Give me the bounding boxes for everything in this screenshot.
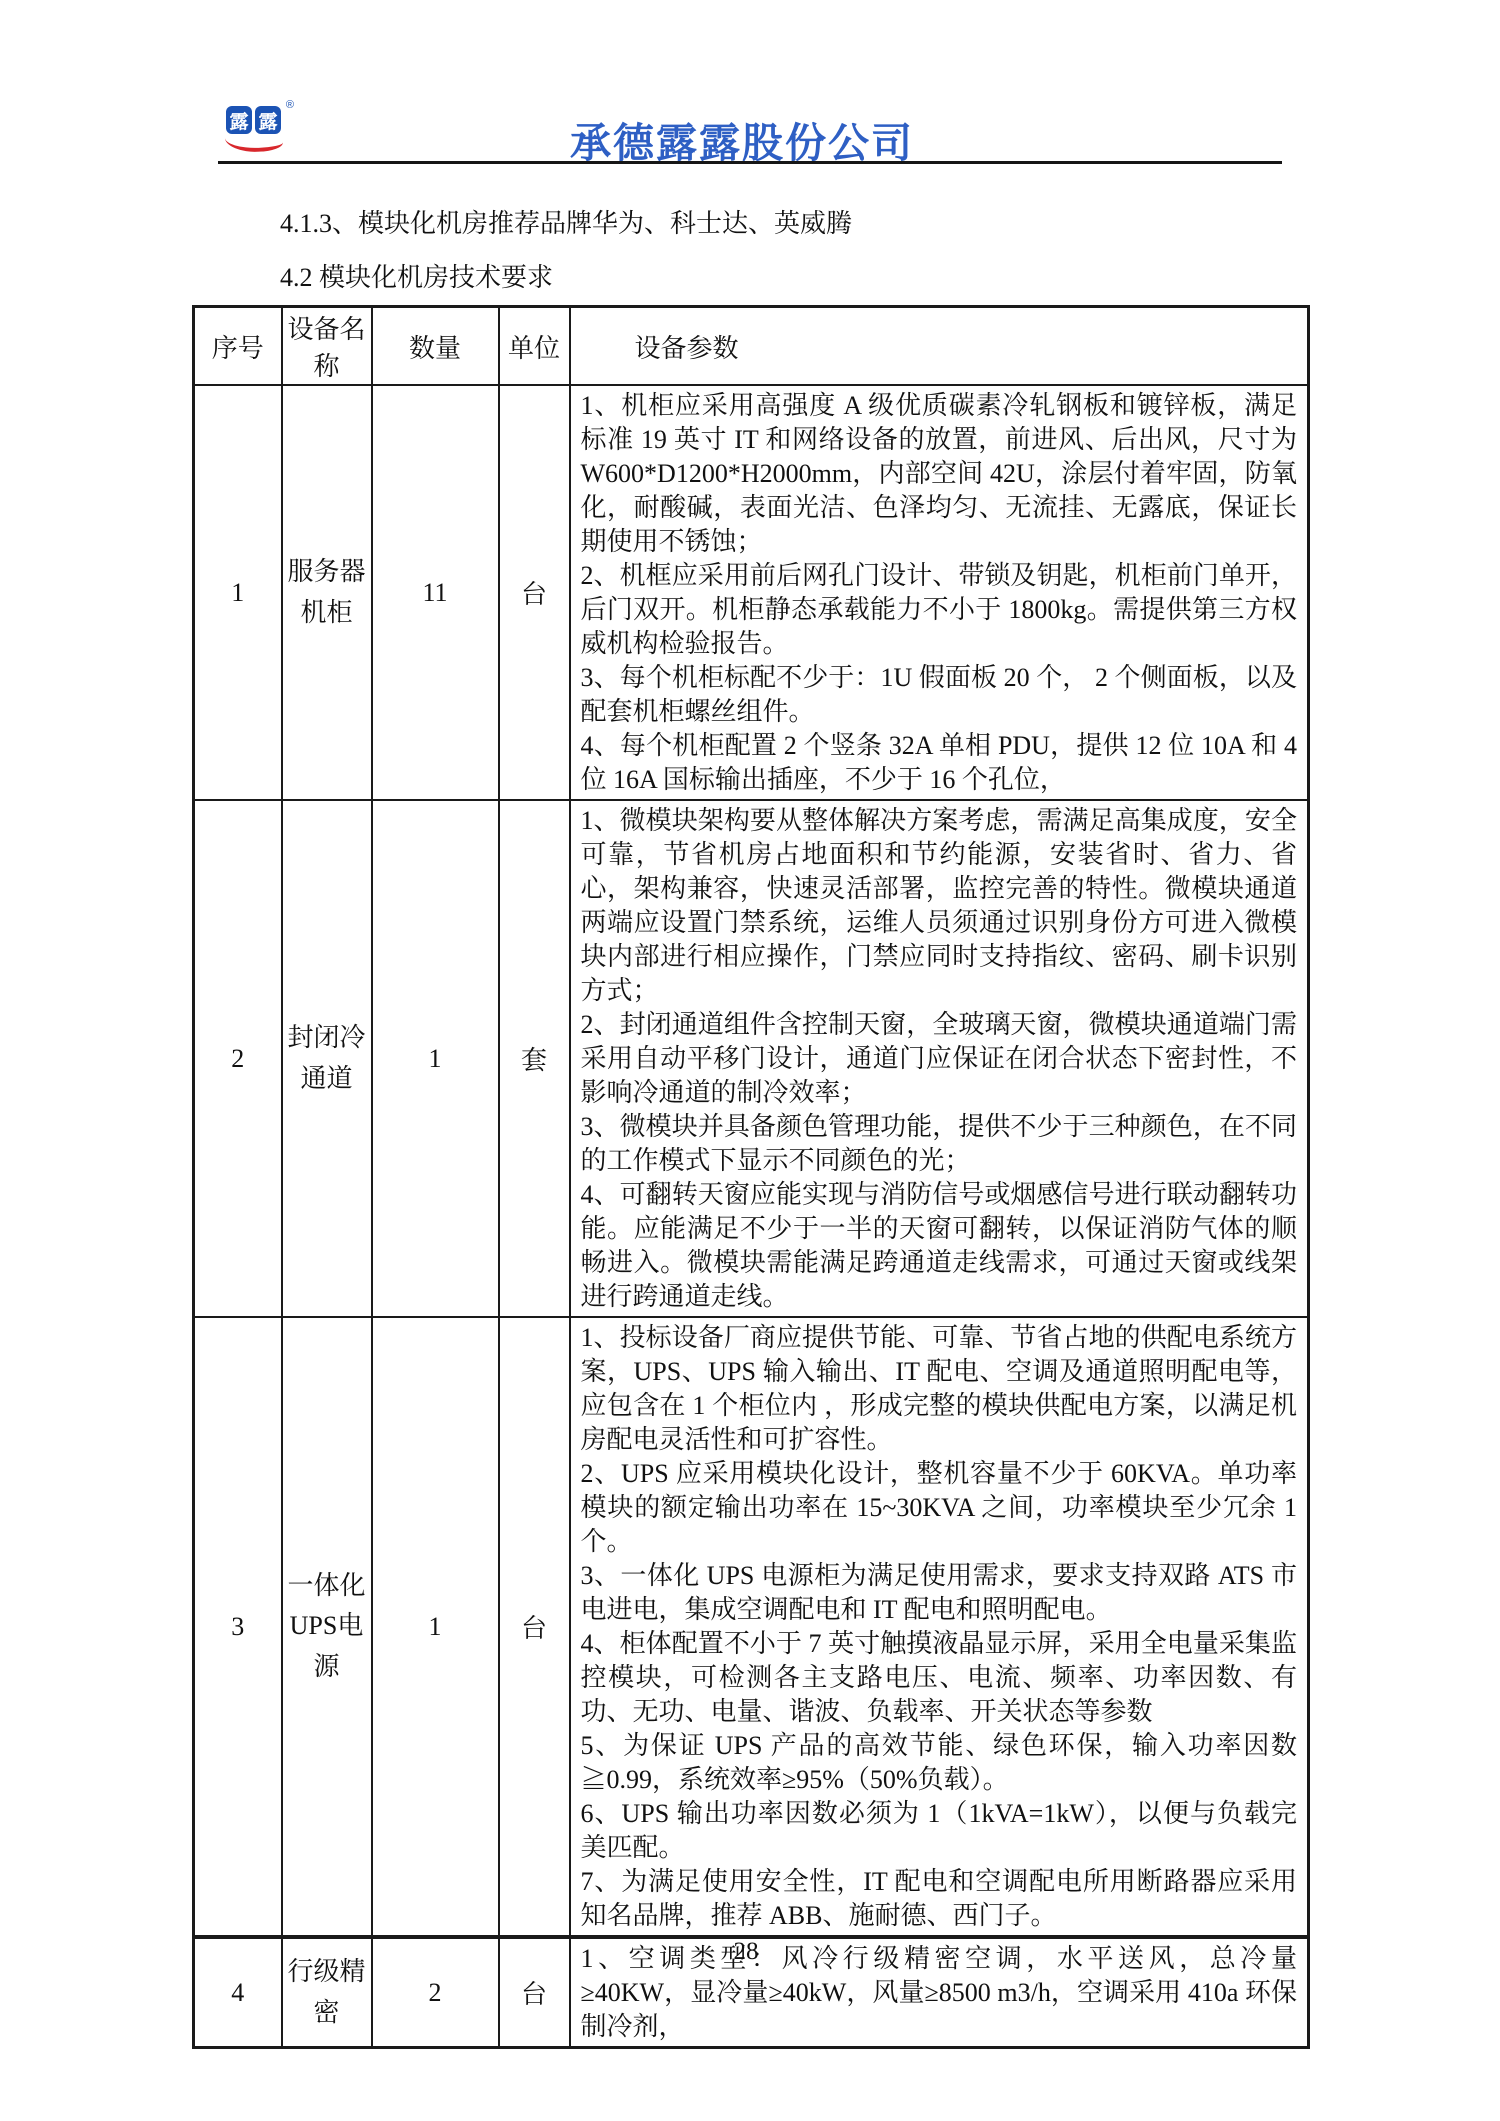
column-header-qty: 数量 bbox=[372, 307, 499, 386]
section-heading-413: 4.1.3、模块化机房推荐品牌华为、科士达、英威腾 bbox=[280, 203, 852, 240]
header-divider bbox=[218, 161, 1282, 164]
param-item: 6、UPS 输出功率因数必须为 1（1kVA=1kW），以便与负载完美匹配。 bbox=[581, 1797, 1298, 1865]
param-item: 4、可翻转天窗应能实现与消防信号或烟感信号进行联动翻转功能。应能满足不少于一半的… bbox=[581, 1178, 1298, 1314]
param-item: 2、UPS 应采用模块化设计，整机容量不少于 60KVA。单功率模块的额定输出功… bbox=[581, 1457, 1298, 1559]
param-item: 5、为保证 UPS 产品的高效节能、绿色环保，输入功率因数≧0.99，系统效率≥… bbox=[581, 1729, 1298, 1797]
column-header-no: 序号 bbox=[194, 307, 282, 386]
param-item: 3、微模块并具备颜色管理功能，提供不少于三种颜色，在不同的工作模式下显示不同颜色… bbox=[581, 1110, 1298, 1178]
column-header-name: 设备名称 bbox=[282, 307, 372, 386]
equipment-name: 封闭冷通道 bbox=[282, 800, 372, 1317]
row-no: 3 bbox=[194, 1317, 282, 1937]
row-no: 2 bbox=[194, 800, 282, 1317]
equipment-unit: 套 bbox=[499, 800, 570, 1317]
table-header-row: 序号 设备名称 数量 单位 设备参数 bbox=[194, 307, 1309, 386]
row-no: 1 bbox=[194, 385, 282, 800]
param-item: 1、投标设备厂商应提供节能、可靠、节省占地的供配电系统方案，UPS、UPS 输入… bbox=[581, 1321, 1298, 1457]
table-row: 3 一体化UPS电源 1 台 1、投标设备厂商应提供节能、可靠、节省占地的供配电… bbox=[194, 1317, 1309, 1937]
param-item: 4、每个机柜配置 2 个竖条 32A 单相 PDU，提供 12 位 10A 和 … bbox=[581, 729, 1298, 797]
param-item: 1、机柜应采用高强度 A 级优质碳素冷轧钢板和镀锌板，满足标准 19 英寸 IT… bbox=[581, 389, 1298, 559]
table-row: 1 服务器机柜 11 台 1、机柜应采用高强度 A 级优质碳素冷轧钢板和镀锌板，… bbox=[194, 385, 1309, 800]
equipment-qty: 1 bbox=[372, 1317, 499, 1937]
param-item: 7、为满足使用安全性，IT 配电和空调配电所用断路器应采用知名品牌，推荐 ABB… bbox=[581, 1865, 1298, 1933]
param-item: 4、柜体配置不小于 7 英寸触摸液晶显示屏，采用全电量采集监控模块，可检测各主支… bbox=[581, 1627, 1298, 1729]
equipment-spec-table: 序号 设备名称 数量 单位 设备参数 1 服务器机柜 11 台 1、机柜应采用高… bbox=[192, 305, 1310, 2049]
equipment-name: 一体化UPS电源 bbox=[282, 1317, 372, 1937]
equipment-params: 1、微模块架构要从整体解决方案考虑，需满足高集成度，安全可靠，节省机房占地面积和… bbox=[570, 800, 1309, 1317]
param-item: 1、微模块架构要从整体解决方案考虑，需满足高集成度，安全可靠，节省机房占地面积和… bbox=[581, 804, 1298, 1008]
param-item: 2、机框应采用前后网孔门设计、带锁及钥匙，机柜前门单开，后门双开。机柜静态承载能… bbox=[581, 559, 1298, 661]
section-heading-42: 4.2 模块化机房技术要求 bbox=[280, 257, 553, 294]
table-row: 2 封闭冷通道 1 套 1、微模块架构要从整体解决方案考虑，需满足高集成度，安全… bbox=[194, 800, 1309, 1317]
equipment-params: 1、机柜应采用高强度 A 级优质碳素冷轧钢板和镀锌板，满足标准 19 英寸 IT… bbox=[570, 385, 1309, 800]
document-page: 露 露 ® 承德露露股份公司 4.1.3、模块化机房推荐品牌华为、科士达、英威腾… bbox=[0, 0, 1500, 2121]
equipment-name: 服务器机柜 bbox=[282, 385, 372, 800]
param-item: 3、每个机柜标配不少于：1U 假面板 20 个， 2 个侧面板，以及配套机柜螺丝… bbox=[581, 661, 1298, 729]
param-item: 3、一体化 UPS 电源柜为满足使用需求，要求支持双路 ATS 市电进电，集成空… bbox=[581, 1559, 1298, 1627]
equipment-params: 1、投标设备厂商应提供节能、可靠、节省占地的供配电系统方案，UPS、UPS 输入… bbox=[570, 1317, 1309, 1937]
equipment-qty: 11 bbox=[372, 385, 499, 800]
param-item: 2、封闭通道组件含控制天窗，全玻璃天窗，微模块通道端门需采用自动平移门设计，通道… bbox=[581, 1008, 1298, 1110]
equipment-unit: 台 bbox=[499, 1317, 570, 1937]
page-number: 28 bbox=[0, 1938, 1492, 1966]
equipment-unit: 台 bbox=[499, 385, 570, 800]
equipment-qty: 1 bbox=[372, 800, 499, 1317]
column-header-unit: 单位 bbox=[499, 307, 570, 386]
column-header-params: 设备参数 bbox=[570, 307, 1309, 386]
